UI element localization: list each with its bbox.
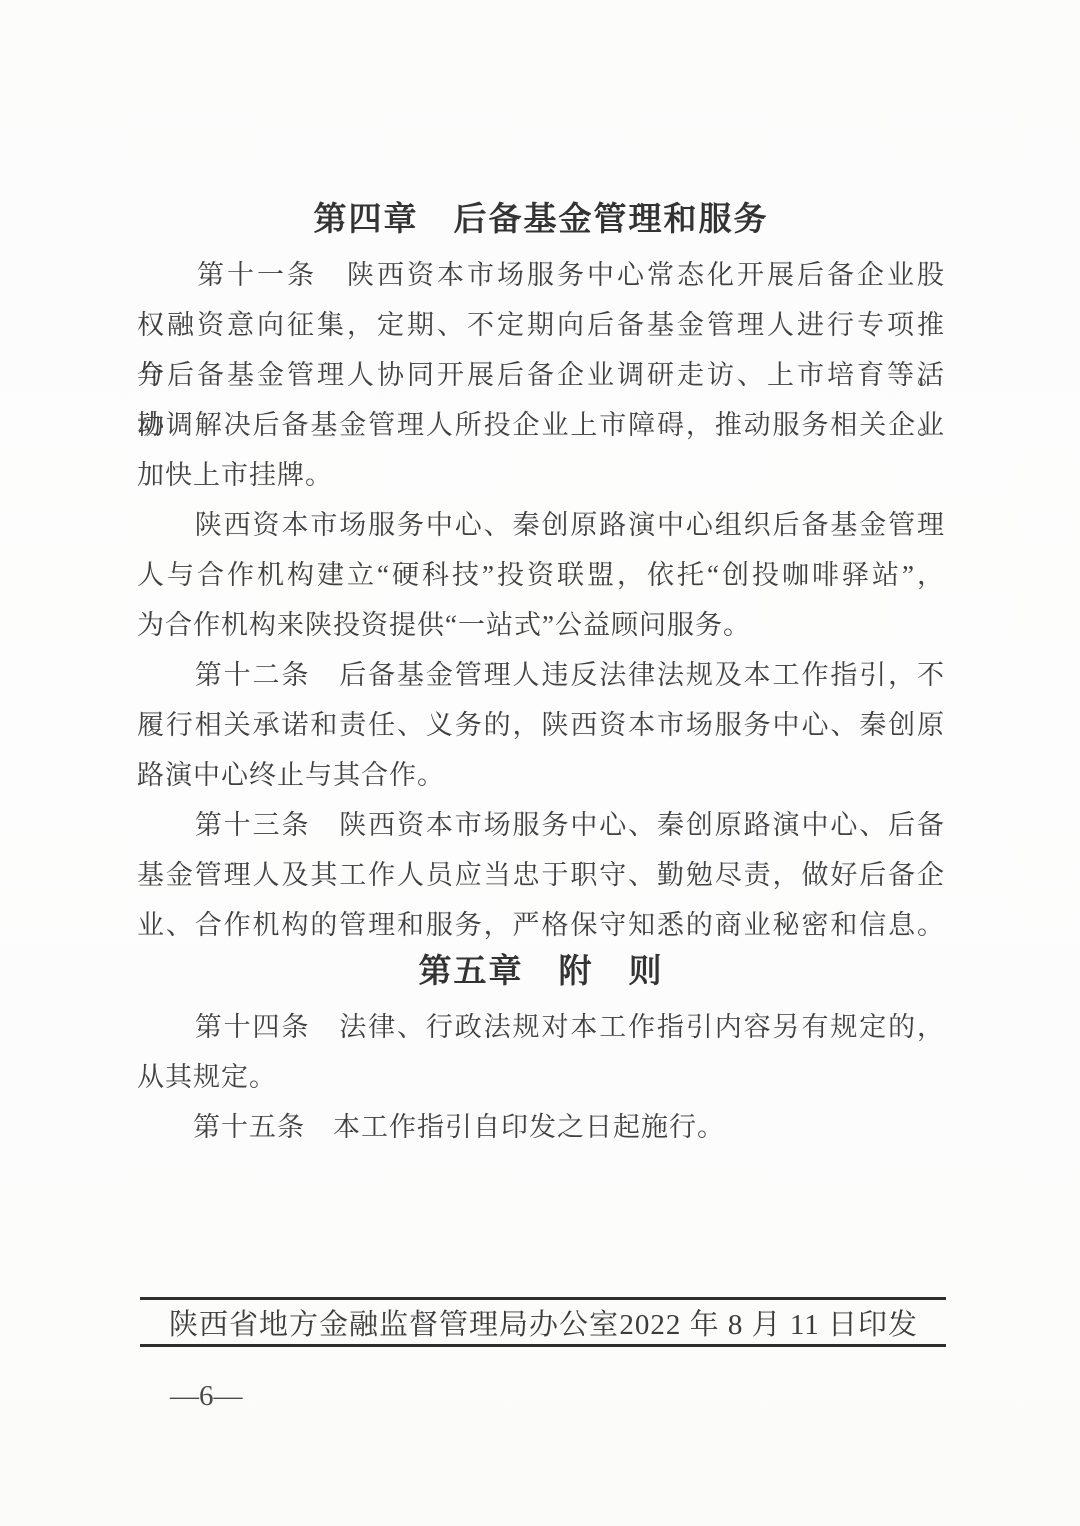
text-line: 第十四条 法律、行政法规对本工作指引内容另有规定的， <box>137 1002 945 1052</box>
text-line: 第十二条 后备基金管理人违反法律法规及本工作指引，不 <box>137 650 945 700</box>
text-line: 为合作机构来陕投资提供“一站式”公益顾问服务。 <box>137 600 945 650</box>
text-line: 第十一条 陕西资本市场服务中心常态化开展后备企业股 <box>137 250 945 300</box>
text-line: 履行相关承诺和责任、义务的，陕西资本市场服务中心、秦创原 <box>137 700 945 750</box>
text-line: 从其规定。 <box>137 1052 945 1102</box>
text-line: 基金管理人及其工作人员应当忠于职守、勤勉尽责，做好后备企 <box>137 850 945 900</box>
document-footer: 陕西省地方金融监督管理局办公室 2022 年 8 月 11 日印发 <box>140 1297 946 1347</box>
page-number: —6— <box>170 1380 243 1413</box>
text-line: 加快上市挂牌。 <box>137 450 945 500</box>
document-body: 第四章 后备基金管理和服务 第十一条 陕西资本市场服务中心常态化开展后备企业股 … <box>137 197 945 1152</box>
chapter-5-heading: 第五章 附 则 <box>137 950 945 1002</box>
text-line: 人与合作机构建立“硬科技”投资联盟，依托“创投咖啡驿站”， <box>137 550 945 600</box>
print-date: 2022 年 8 月 11 日印发 <box>619 1302 946 1343</box>
text-line: 与后备基金管理人协同开展后备企业调研走访、上市培育等活动。 <box>137 350 945 400</box>
text-line: 业、合作机构的管理和服务，严格保守知悉的商业秘密和信息。 <box>137 900 945 950</box>
document-page: 第四章 后备基金管理和服务 第十一条 陕西资本市场服务中心常态化开展后备企业股 … <box>0 0 1080 1526</box>
issuing-office: 陕西省地方金融监督管理局办公室 <box>140 1302 619 1343</box>
text-line: 第十三条 陕西资本市场服务中心、秦创原路演中心、后备 <box>137 800 945 850</box>
text-line: 陕西资本市场服务中心、秦创原路演中心组织后备基金管理 <box>137 500 945 550</box>
text-line: 协调解决后备基金管理人所投企业上市障碍，推动服务相关企业 <box>137 400 945 450</box>
text-line: 权融资意向征集，定期、不定期向后备基金管理人进行专项推介。 <box>137 300 945 350</box>
chapter-4-heading: 第四章 后备基金管理和服务 <box>137 197 945 250</box>
text-line: 第十五条 本工作指引自印发之日起施行。 <box>137 1102 945 1152</box>
text-line: 路演中心终止与其合作。 <box>137 750 945 800</box>
